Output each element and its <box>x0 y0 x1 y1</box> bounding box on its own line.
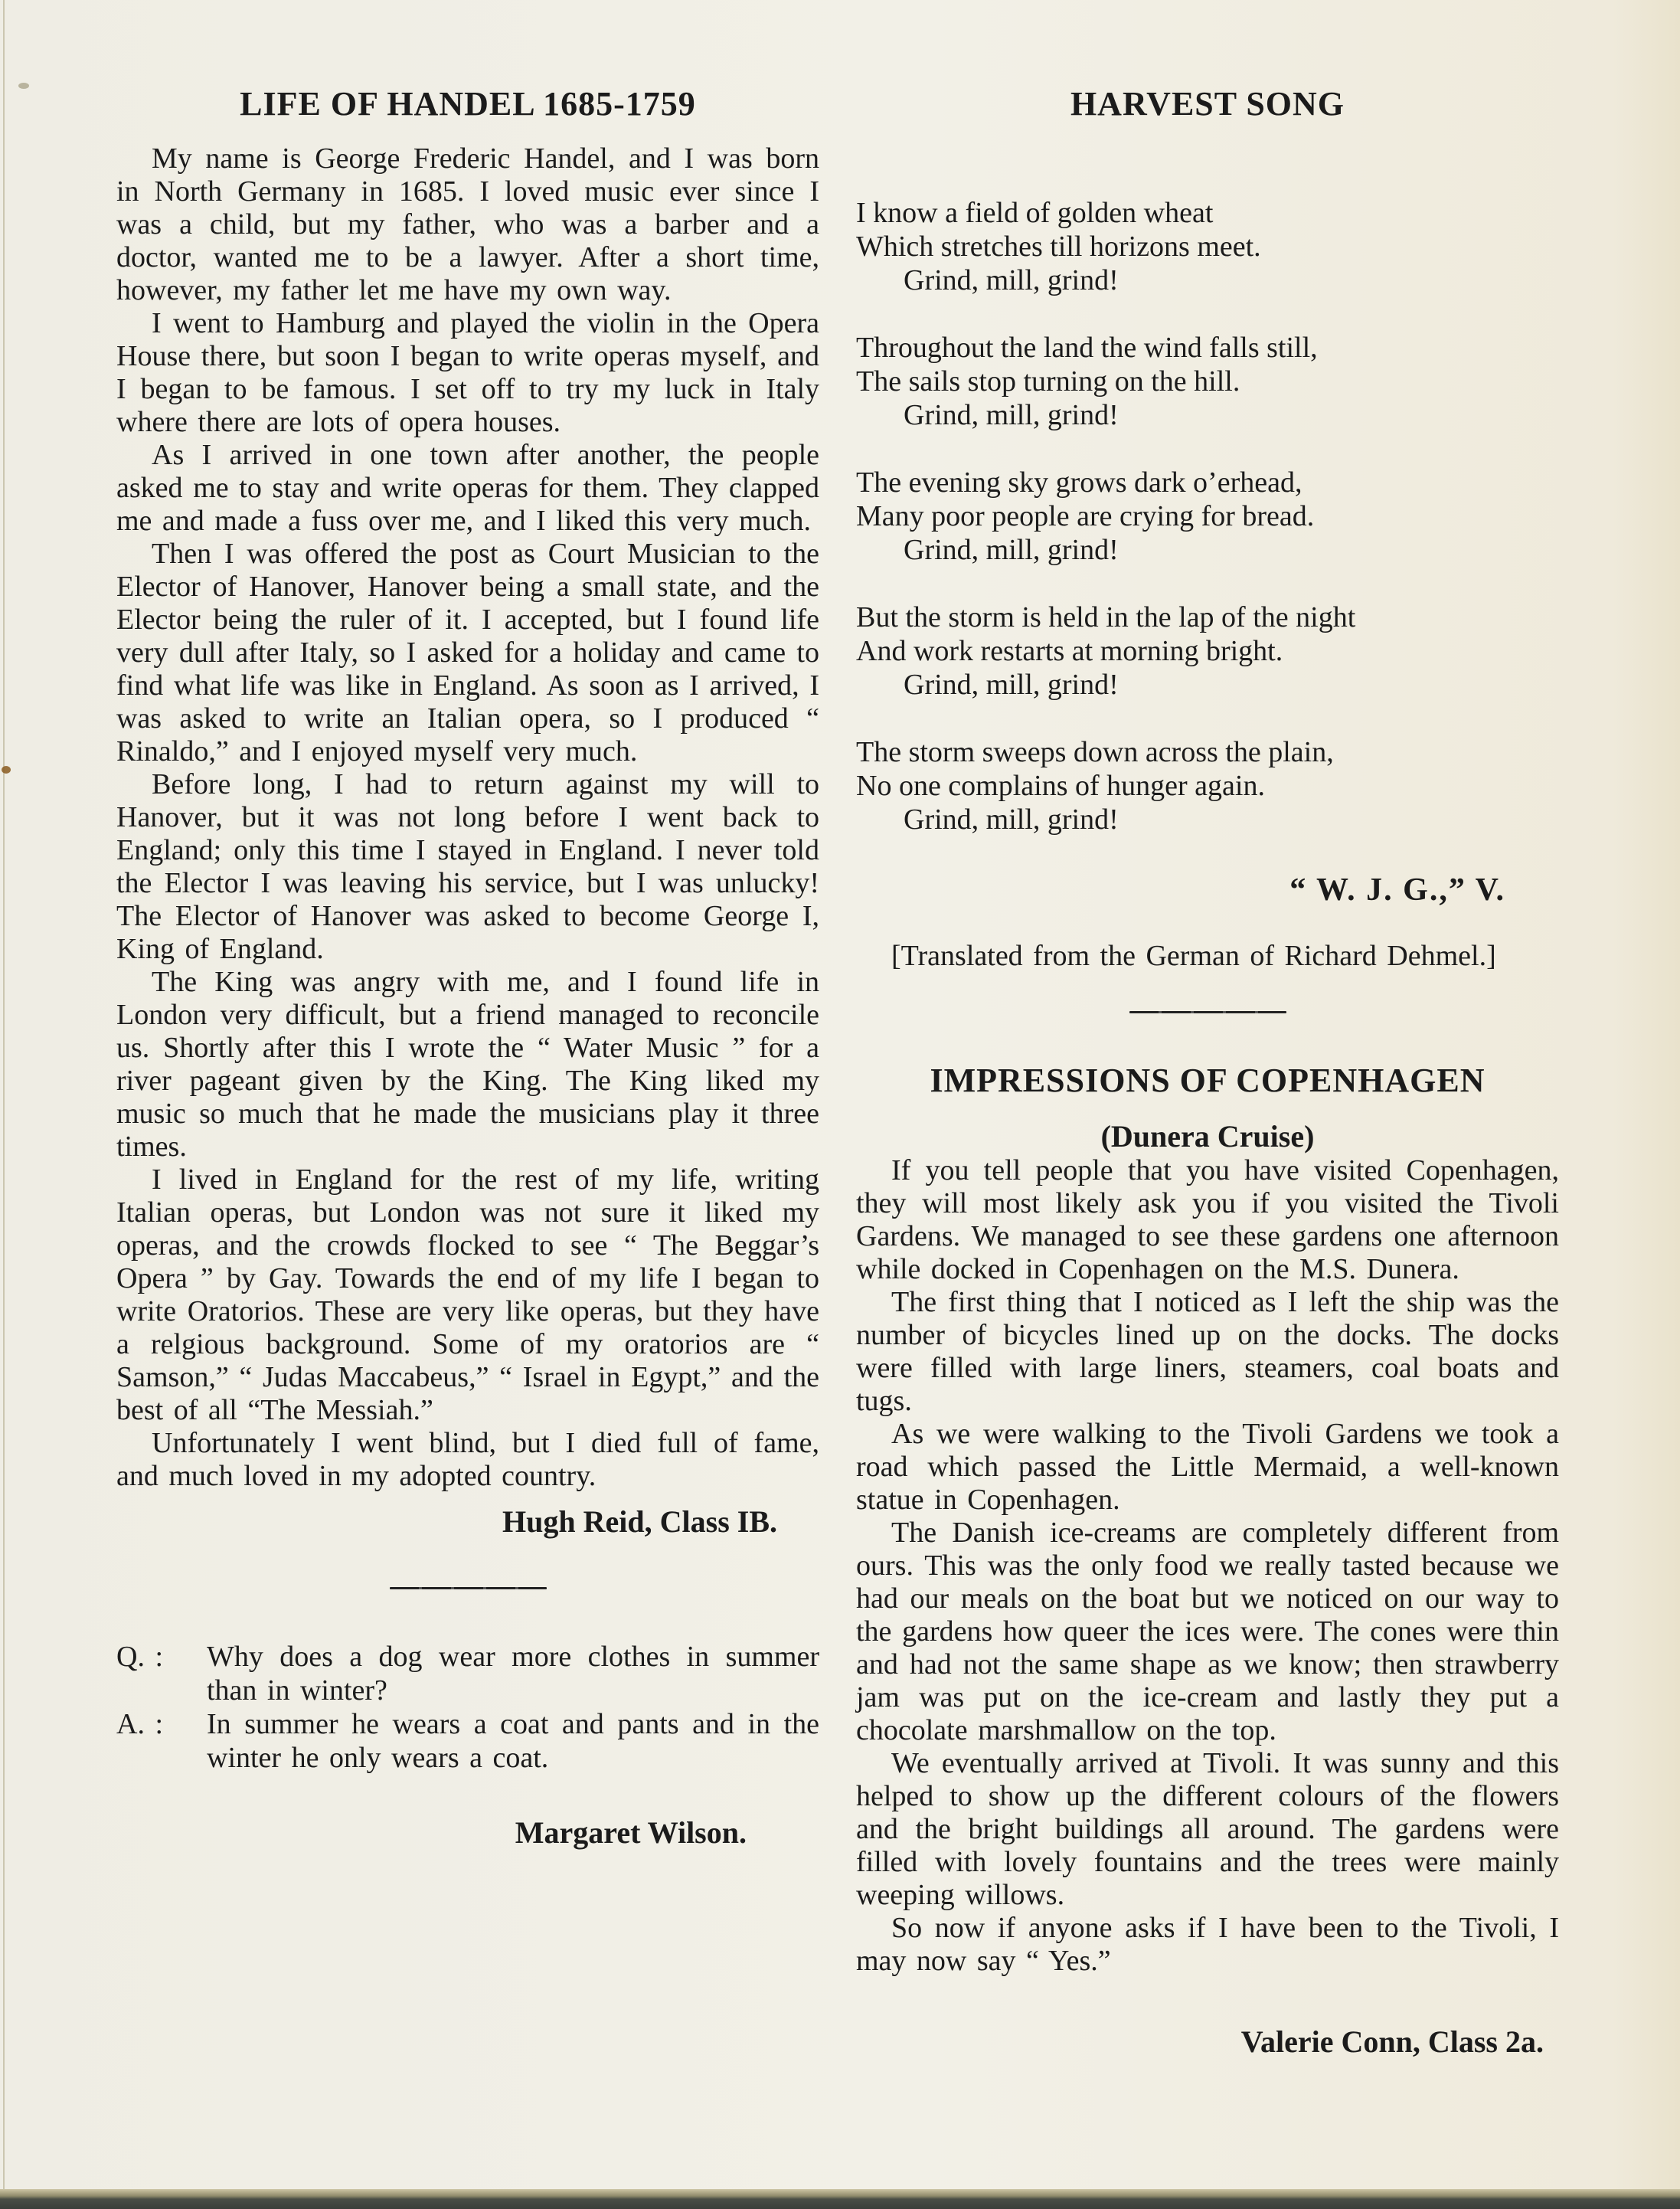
poem-refrain: Grind, mill, grind! <box>856 533 1559 567</box>
question-text: Why does a dog wear more clothes in summ… <box>207 1641 819 1707</box>
translation-note: [Translated from the German of Richard D… <box>856 939 1559 973</box>
poem-line: Throughout the land the wind falls still… <box>856 331 1559 365</box>
handel-paragraph-2: I went to Hamburg and played the violin … <box>116 307 819 439</box>
poem-stanza-2: Throughout the land the wind falls still… <box>856 331 1559 432</box>
byline-hugh-reid: Hugh Reid, Class IB. <box>116 1504 819 1540</box>
poem-refrain: Grind, mill, grind! <box>856 668 1559 702</box>
poem-line: The sails stop turning on the hill. <box>856 365 1559 398</box>
handel-paragraph-6: The King was angry with me, and I found … <box>116 966 819 1163</box>
joke-answer: A. :In summer he wears a coat and pants … <box>116 1707 819 1775</box>
article-title-impressions: IMPRESSIONS OF COPENHAGEN <box>856 1062 1559 1099</box>
poem-stanza-5: The storm sweeps down across the plain, … <box>856 735 1559 836</box>
handel-paragraph-7: I lived in England for the rest of my li… <box>116 1163 819 1427</box>
poem-line: But the storm is held in the lap of the … <box>856 601 1559 634</box>
poem-title-harvest-song: HARVEST SONG <box>856 86 1559 123</box>
article-subtitle-dunera-cruise: (Dunera Cruise) <box>856 1118 1559 1154</box>
handel-paragraph-5: Before long, I had to return against my … <box>116 768 819 966</box>
handel-paragraph-3: As I arrived in one town after another, … <box>116 439 819 538</box>
poem-stanza-1: I know a field of golden wheat Which str… <box>856 196 1559 297</box>
copenhagen-paragraph-2: The first thing that I noticed as I left… <box>856 1286 1559 1418</box>
poem-line: The storm sweeps down across the plain, <box>856 735 1559 769</box>
page-bottom-edge <box>0 2189 1680 2209</box>
magazine-page: LIFE OF HANDEL 1685-1759 My name is Geor… <box>0 0 1680 2209</box>
copenhagen-paragraph-4: The Danish ice-creams are completely dif… <box>856 1517 1559 1747</box>
byline-wjg: “ W. J. G.,” V. <box>856 872 1559 908</box>
poem-stanza-3: The evening sky grows dark o’erhead, Man… <box>856 466 1559 567</box>
poem-refrain: Grind, mill, grind! <box>856 803 1559 836</box>
poem-line: I know a field of golden wheat <box>856 196 1559 230</box>
joke-question: Q. :Why does a dog wear more clothes in … <box>116 1640 819 1707</box>
copenhagen-paragraph-3: As we were walking to the Tivoli Gardens… <box>856 1418 1559 1517</box>
left-column: LIFE OF HANDEL 1685-1759 My name is Geor… <box>116 86 819 2060</box>
poem-stanza-4: But the storm is held in the lap of the … <box>856 601 1559 702</box>
copenhagen-paragraph-5: We eventually arrived at Tivoli. It was … <box>856 1747 1559 1912</box>
poem-line: And work restarts at morning bright. <box>856 634 1559 668</box>
poem-refrain: Grind, mill, grind! <box>856 263 1559 297</box>
poem-line: No one complains of hunger again. <box>856 769 1559 803</box>
answer-text: In summer he wears a coat and pants and … <box>207 1708 819 1774</box>
section-divider-right <box>1129 1011 1286 1013</box>
right-column: HARVEST SONG I know a field of golden wh… <box>856 86 1559 2060</box>
poem-line: Many poor people are crying for bread. <box>856 499 1559 533</box>
poem-line: Which stretches till horizons meet. <box>856 230 1559 263</box>
poem-refrain: Grind, mill, grind! <box>856 398 1559 432</box>
answer-label: A. : <box>116 1707 207 1741</box>
section-divider-left <box>390 1587 547 1589</box>
byline-margaret-wilson: Margaret Wilson. <box>116 1815 819 1851</box>
poem-line: The evening sky grows dark o’erhead, <box>856 466 1559 499</box>
copenhagen-paragraph-1: If you tell people that you have visited… <box>856 1154 1559 1286</box>
handel-paragraph-4: Then I was offered the post as Court Mus… <box>116 538 819 768</box>
copenhagen-paragraph-6: So now if anyone asks if I have been to … <box>856 1912 1559 1978</box>
question-label: Q. : <box>116 1640 207 1674</box>
article-title-life-of-handel: LIFE OF HANDEL 1685-1759 <box>116 86 819 123</box>
page-content: LIFE OF HANDEL 1685-1759 My name is Geor… <box>0 0 1680 2060</box>
byline-valerie-conn: Valerie Conn, Class 2a. <box>856 2024 1559 2060</box>
handel-paragraph-1: My name is George Frederic Handel, and I… <box>116 142 819 307</box>
handel-paragraph-8: Unfortunately I went blind, but I died f… <box>116 1427 819 1493</box>
